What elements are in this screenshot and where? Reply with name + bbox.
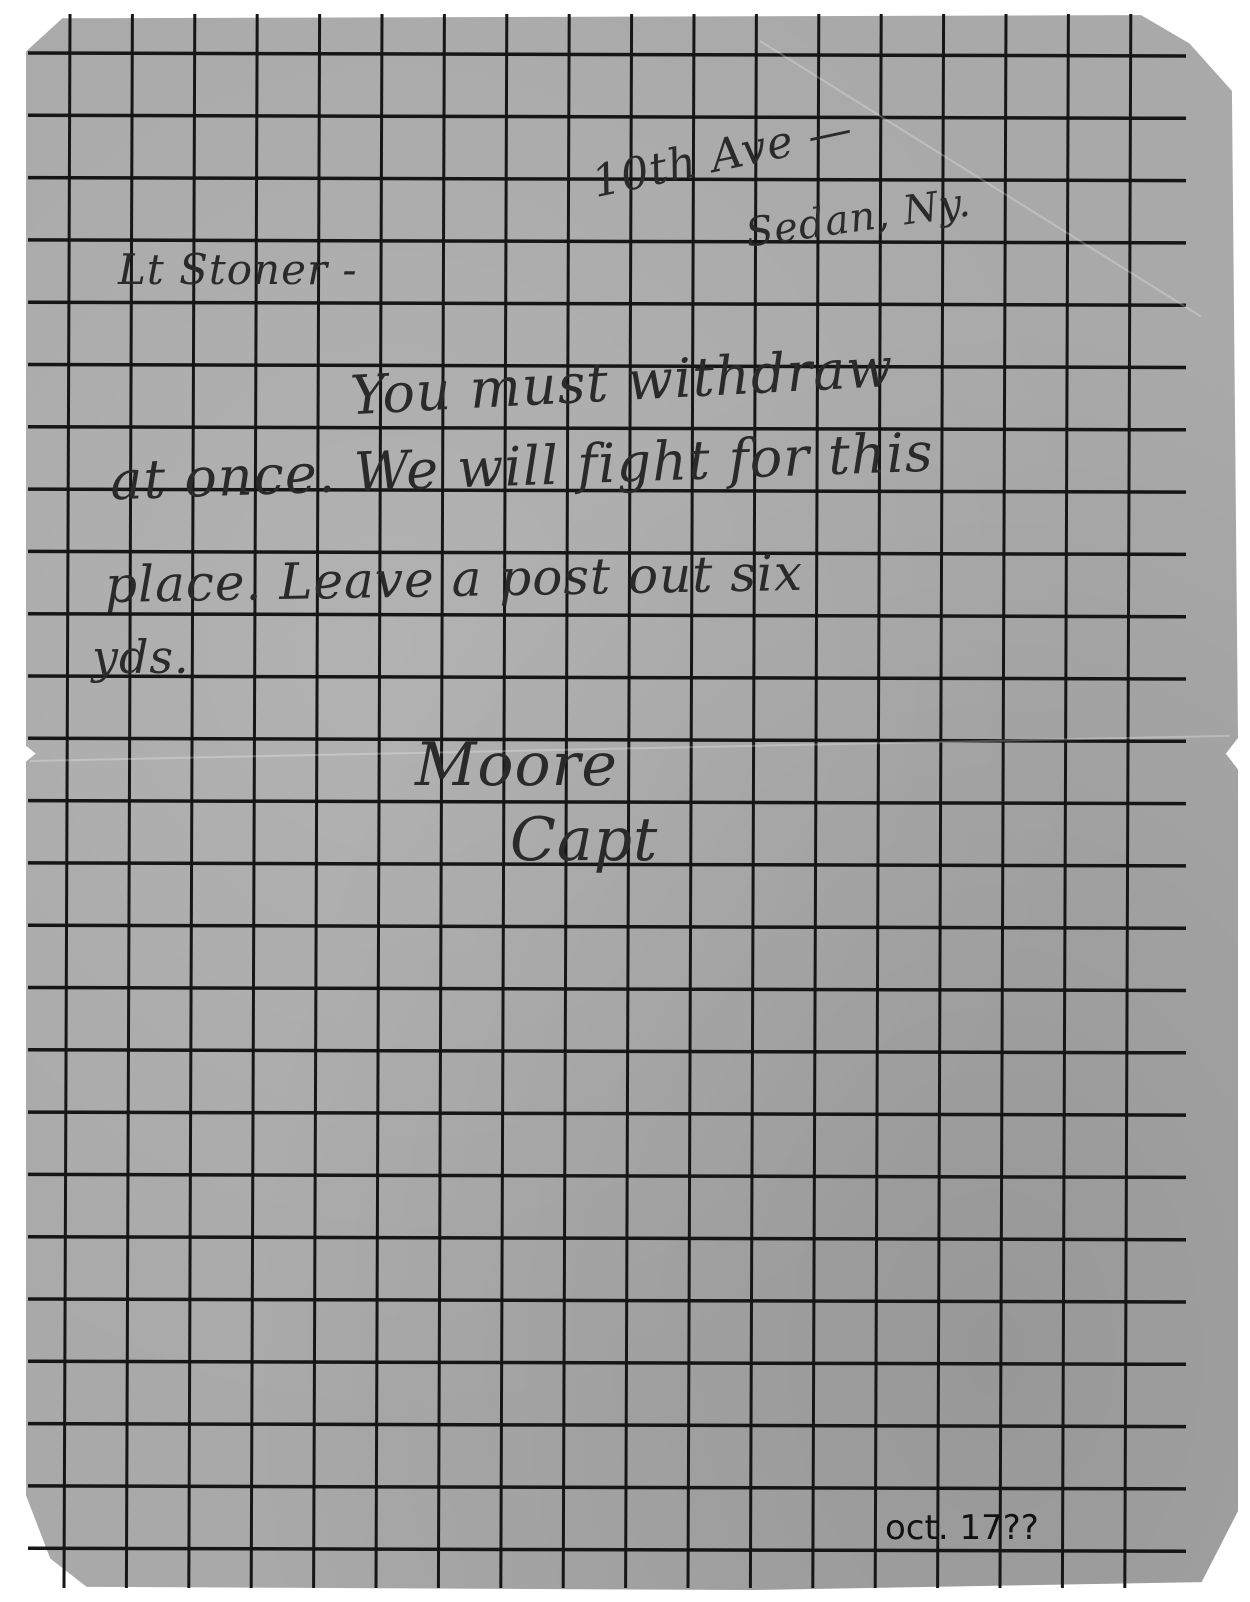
date-annotation: oct. 17?? xyxy=(885,1508,1039,1548)
signature-title: Capt xyxy=(510,805,658,875)
salutation: Lt Stoner - xyxy=(118,245,358,294)
body-line-4: yds. xyxy=(92,630,190,684)
signature-name: Moore xyxy=(415,730,618,800)
body-line-3: place. Leave a post out six xyxy=(105,544,804,614)
